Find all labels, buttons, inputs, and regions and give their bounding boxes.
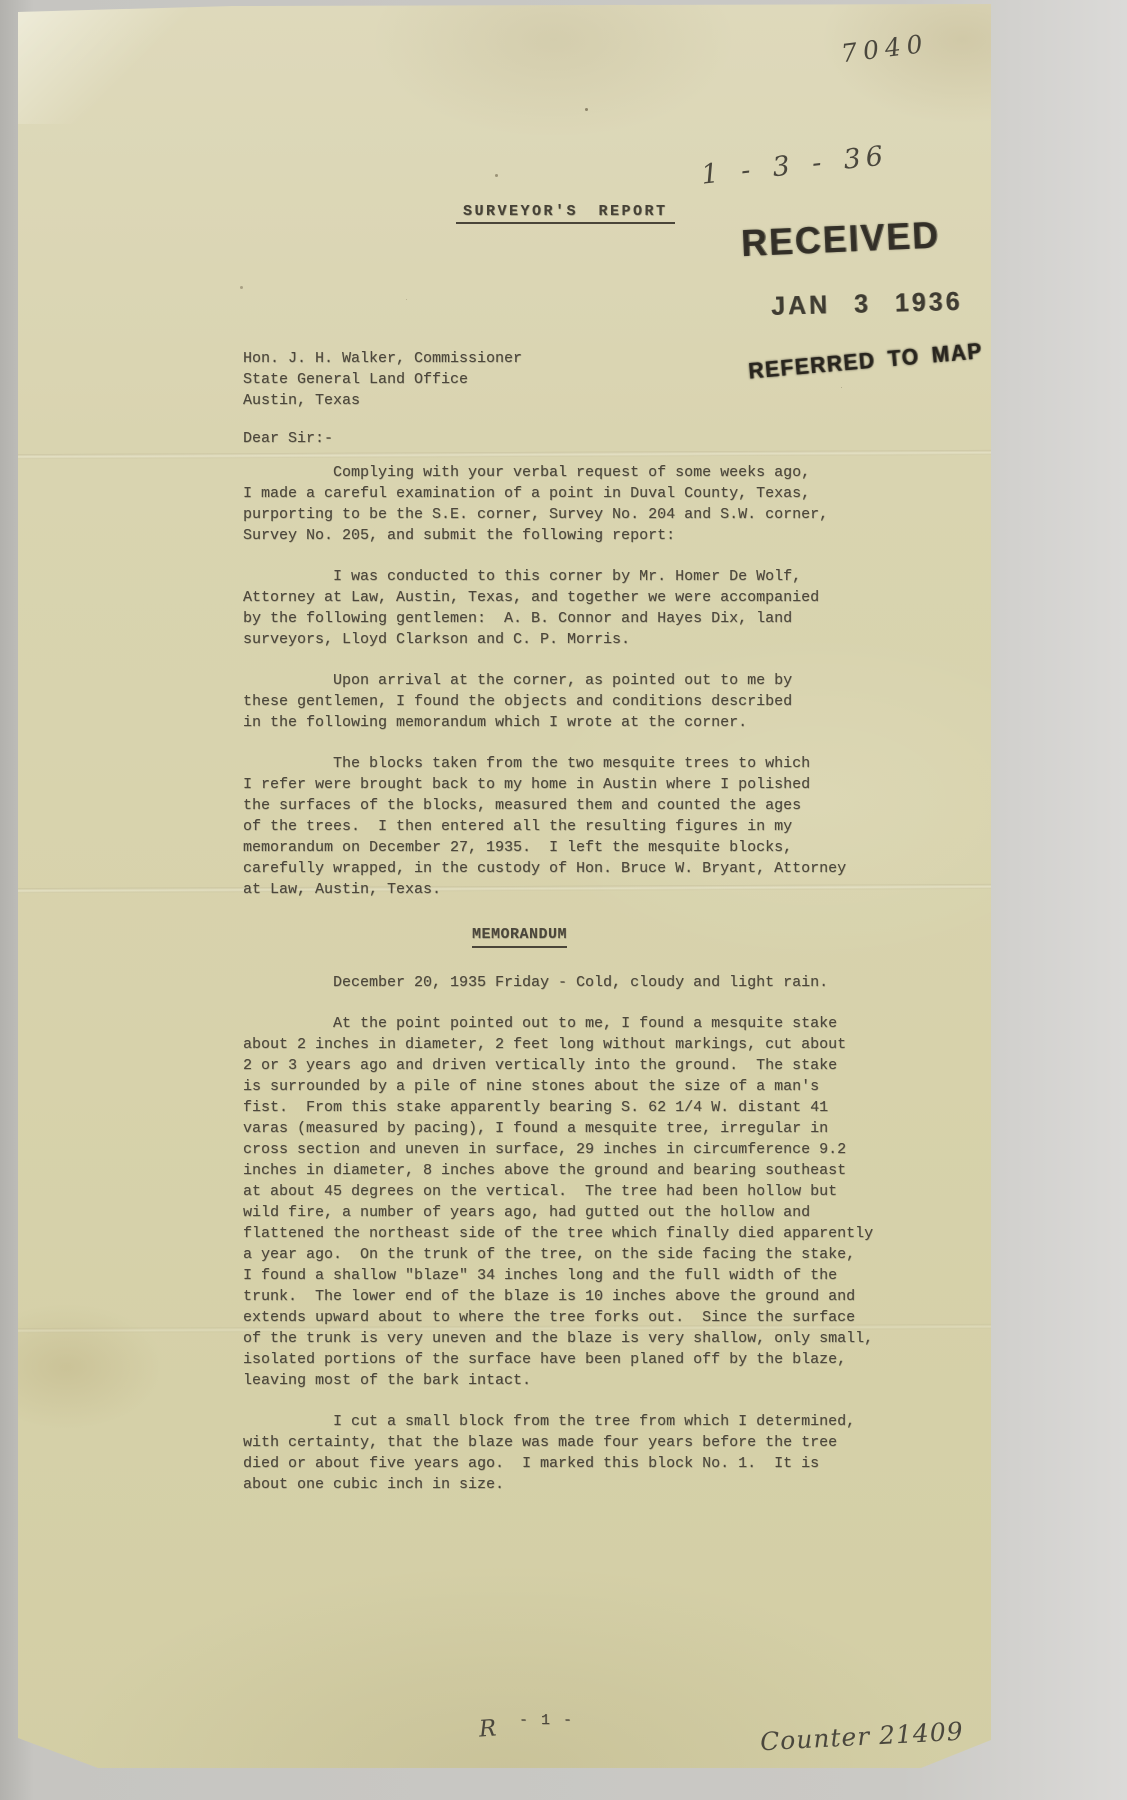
document-paper: 7040 1 - 3 - 36 SURVEYOR'S REPORT RECEIV…: [18, 4, 991, 1774]
scan-background: 7040 1 - 3 - 36 SURVEYOR'S REPORT RECEIV…: [0, 0, 1127, 1800]
recipient-address-block: Hon. J. H. Walker, Commissioner State Ge…: [243, 348, 522, 411]
memorandum-heading: MEMORANDUM: [472, 924, 567, 948]
letter-body: Complying with your verbal request of so…: [243, 462, 933, 1515]
paragraph-4: The blocks taken from the two mesquite t…: [243, 753, 933, 900]
handwritten-initial: R: [478, 1715, 497, 1742]
referred-to-map-stamp: REFERRED TO MAP: [747, 339, 984, 385]
received-stamp: RECEIVED: [740, 214, 941, 266]
corner-fold-top-left: [18, 4, 188, 124]
received-date-stamp: JAN 3 1936: [771, 287, 963, 322]
counter-annotation: Counter 21409: [759, 1717, 964, 1757]
fold-crease-upper: [18, 450, 991, 459]
salutation: Dear Sir:-: [243, 428, 333, 449]
handwritten-number-top: 7040: [840, 29, 931, 68]
document-title: SURVEYOR'S REPORT: [456, 203, 675, 224]
paragraph-1: Complying with your verbal request of so…: [243, 462, 933, 546]
memorandum-paragraph-2: I cut a small block from the tree from w…: [243, 1411, 933, 1495]
page-number: - 1 -: [519, 1710, 574, 1731]
paper-specks: [585, 108, 588, 111]
memorandum-paragraph-1: At the point pointed out to me, I found …: [243, 1013, 933, 1391]
memorandum-date-line: December 20, 1935 Friday - Cold, cloudy …: [243, 972, 933, 993]
handwritten-date-annotation: 1 - 3 - 36: [700, 140, 890, 190]
paragraph-2: I was conducted to this corner by Mr. Ho…: [243, 566, 933, 650]
paragraph-3: Upon arrival at the corner, as pointed o…: [243, 670, 933, 733]
